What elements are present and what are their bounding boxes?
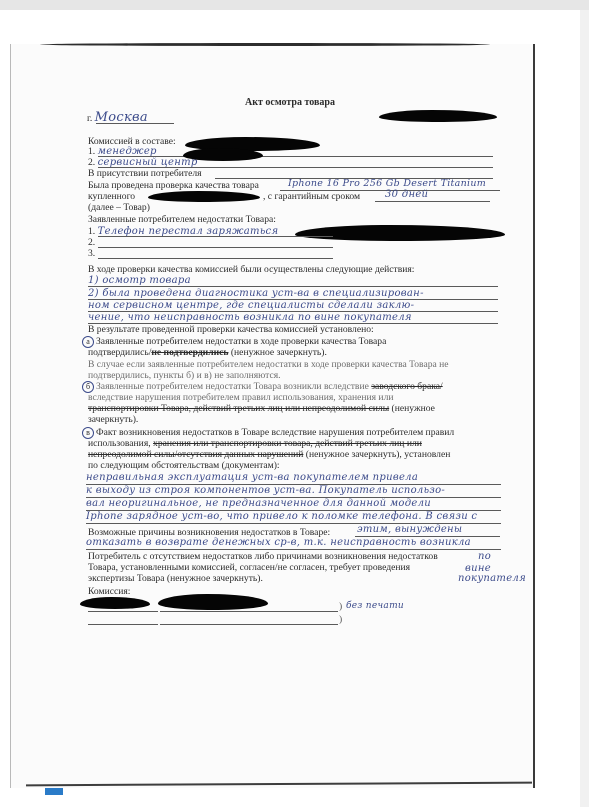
warranty-underline [375, 201, 490, 202]
defect-3: 3. [88, 248, 95, 259]
consumer-agree-2: Товара, установленными комиссией, соглас… [88, 562, 410, 573]
action-3: ном сервисном центре, где специалисты сд… [88, 300, 414, 311]
commission-sign-label: Комиссия: [88, 586, 130, 597]
redaction-signature-1 [80, 597, 150, 609]
defect-2: 2. [88, 237, 95, 248]
item-b-line-4: зачеркнуть). [88, 414, 138, 425]
action-4: чение, что неисправность возникла по вин… [88, 312, 412, 323]
document-title: Акт осмотра товара [245, 97, 335, 108]
note-not-confirmed-2: подтвердились, пункты б) и в) не заполня… [88, 370, 281, 381]
warranty-label: , с гарантийным сроком [263, 191, 360, 202]
redaction-defects [295, 225, 505, 241]
signature-note: без печати [346, 601, 404, 611]
redaction-seller [148, 191, 260, 202]
causes-underline-2 [86, 549, 501, 550]
city-underline [96, 123, 174, 124]
defect-3-underline [98, 258, 333, 259]
causes-line-2: отказать в возврате денежных ср-в, т.к. … [86, 537, 471, 548]
product-name: Iphone 16 Pro 256 Gb Desert Titanium [288, 178, 486, 189]
note-not-confirmed-1: В случае если заявленные потребителем не… [88, 359, 449, 370]
item-c-line-4: по следующим обстоятельствам (документам… [88, 460, 280, 471]
causes-tail-3: покупателя [458, 573, 526, 584]
quality-check-label: Была проведена проверка качества товара [88, 180, 259, 191]
result-label: В результате проведенной проверки качест… [88, 324, 374, 335]
consumer-presence-label: В присутствии потребителя [88, 168, 202, 179]
defects-label: Заявленные потребителем недостатки Товар… [88, 214, 276, 225]
redaction-signature-2 [158, 594, 268, 610]
hereinafter-label: (далее – Товар) [88, 202, 150, 213]
consumer-agree-3: экспертизы Товара (ненужное зачеркнуть). [88, 573, 263, 584]
redaction-date [379, 110, 497, 122]
item-b-line-2: вследствие нарушения потребителем правил… [88, 392, 394, 403]
defect-2-underline [98, 247, 333, 248]
item-a-line-2: подтвердились/не подтвердились (ненужное… [88, 347, 327, 358]
inspection-act-document: Акт осмотра товара г. Москва Комиссией в… [0, 0, 589, 807]
purchased-label: купленного [88, 191, 135, 202]
city-prefix: г. [87, 113, 92, 124]
defect-1-underline [98, 236, 333, 237]
actions-label: В ходе проверки качества комиссией были … [88, 264, 414, 275]
circumstance-1: неправильная эксплуатация уст-ва покупат… [86, 472, 418, 483]
item-c-line-2: использования, хранения или транспортиро… [88, 438, 422, 449]
action-1: 1) осмотр товара [88, 275, 191, 286]
warranty-value: 30 дней [385, 189, 428, 200]
signature-line-1a [88, 611, 158, 612]
item-b-line-3: транспортировки Товара, действий третьих… [88, 403, 435, 414]
circumstance-2: к выходу из строя компонентов уст-ва. По… [86, 485, 445, 496]
causes-line-1: этим, вынуждены [357, 524, 462, 535]
causes-tail-1: по [478, 551, 491, 562]
action-underline-1 [88, 286, 498, 287]
signature-bracket-2: ) [339, 614, 342, 625]
circumstance-4: Iphone зарядное уст-во, что привело к по… [86, 511, 477, 522]
signature-bracket-1: ) [339, 601, 342, 612]
signature-line-2b [160, 624, 338, 625]
item-c-line-3: непреодолимой силы/отсутствия данных нар… [88, 449, 450, 460]
circumstance-3: вал неоригинальное, не предназначенное д… [86, 498, 431, 509]
action-2: 2) была проведена диагностика уст-ва в с… [88, 288, 424, 299]
consumer-agree-1: Потребитель с отсутствием недостатков ли… [88, 551, 438, 562]
signature-line-1b [160, 611, 338, 612]
signature-line-2a [88, 624, 158, 625]
